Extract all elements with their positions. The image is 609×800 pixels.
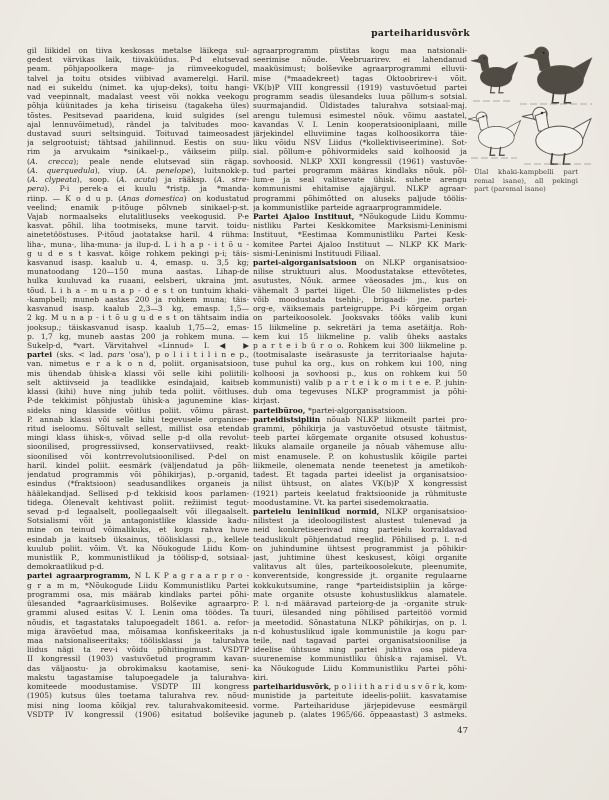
text-line: Instituut, *Eestimaa Kommunistliku Parte…	[253, 230, 467, 239]
text-line: Sotsialismi võit ja antagonistlike klass…	[27, 516, 249, 525]
text-line: miga äravõetud maa, mõisamaa konfiskeeri…	[27, 627, 249, 636]
text-line: programmi osa, mis määrab kindlaks parte…	[27, 590, 249, 599]
text-line: likuks alamaile organeile ja nõuab vähem…	[253, 442, 467, 451]
text-line: (A. clypeata), soop. (A. acuta) ja rääks…	[27, 175, 249, 184]
text-line: tuuri, ülesanded ning põhilised parteitö…	[253, 608, 467, 617]
pekin-pair	[468, 107, 594, 164]
text-line: ka Nõukogude Liidu Kommunistliku Partei …	[253, 664, 467, 673]
text-line: sideks ning klasside võitlus poliit. või…	[27, 406, 249, 415]
text-line: tud partei programm määras kindlaks nõuk…	[253, 166, 467, 175]
duck-figure	[524, 47, 592, 103]
running-head: parteiharidusvõrk	[371, 28, 470, 39]
ground-line	[473, 101, 592, 104]
text-line: programmi põhimõtted on aluseks paljude …	[253, 194, 467, 203]
text-line: ajal lennuvõimetud), rändel ja talvitude…	[27, 120, 249, 129]
text-line: jaguneb p. (alates 1965/66. õppeaastast)…	[253, 710, 467, 719]
text-line: kolhoosi ja sovhoosi p., kus on rohkem k…	[253, 369, 467, 378]
figure-caption: Ülal khaki-kampbelli part (pa-remal isan…	[474, 168, 578, 194]
text-line: talvel ja toitu otsides viibivad avamere…	[27, 74, 249, 83]
text-line: on juhindumine ühtsest programmist ja põ…	[253, 544, 467, 553]
text-line: liikmeile, olenemata nende teenetest ja …	[253, 461, 467, 470]
text-line: (1921) parteis keelatud fraktsioonide ja…	[253, 489, 467, 498]
text-line: tadest. Et tagada partei ideelist ja org…	[253, 470, 467, 479]
text-line: gedest värvikas laik, tiivaküüdus. P-d e…	[27, 55, 249, 64]
text-line: kasvat. põhil. liha tootmiseks, mune tar…	[27, 221, 249, 230]
text-line: n-d kohustuslikud igale kommunistile ja …	[253, 627, 467, 636]
text-line: nõudis, et tagastataks talupoegadelt 186…	[27, 618, 249, 627]
text-line: ülesanded *agraarküsimuses. Bolševike ag…	[27, 599, 249, 608]
text-line: rim ja arvukaim *sinikael-p., väikseim p…	[27, 147, 249, 156]
text-line: nilist ühtsust, on alates VK(b)P X kongr…	[253, 479, 467, 488]
text-line: võib moodustada tsehhi-, brigaadi- jne. …	[253, 295, 467, 304]
text-line: mis ühendab ühisk-a klassi või selle kih…	[27, 369, 249, 378]
text-line: häälekandjad. Sellised p-d tekkisid koos…	[27, 489, 249, 498]
text-line: partei-algorganisatsioon on NLKP organis…	[253, 258, 467, 267]
text-line: dub oma tegevuses NLKP programmist ja põ…	[253, 387, 467, 396]
text-line: P. annab klassi või selle kihi tegevusel…	[27, 415, 249, 424]
text-line: haril. kindel poliit. eesmärk (väljendat…	[27, 461, 249, 470]
text-line: maa natsionaliseeritaks; töölisklassi ja…	[27, 636, 249, 645]
text-line: seerimise nõude. Veebruarirev. ei lahend…	[253, 55, 467, 64]
text-line: gil liikidel on tiiva keskosas metalse l…	[27, 46, 249, 55]
text-line: jendatud programmis või põhikirjas), p.-…	[27, 470, 249, 479]
text-line: kirjast.	[253, 396, 467, 405]
text-line: ja selgrootuist; tähtsad jahilinnud. Ees…	[27, 138, 249, 147]
text-line: konverentside, kongresside jt. organite …	[253, 571, 467, 580]
text-line: demokraatlikud p-d.	[27, 562, 249, 571]
encyclopedia-page: parteiharidusvõrk gil liikidel on tiiva …	[0, 0, 609, 800]
duck-figure	[522, 107, 591, 164]
text-line: grammi alused esitas V. I. Lenin oma töö…	[27, 608, 249, 617]
text-line: partei agraarprogramm, N L K P a g r a a…	[27, 571, 249, 580]
text-line: ja kommunistlike parteide agraarprogramm…	[253, 203, 467, 212]
text-line: vad veepinnalt, madalast veest või nokka…	[27, 92, 249, 101]
text-line: arengu tulemusi esimestel nõuk. võimu aa…	[253, 111, 467, 120]
text-line: ideelise ühtsuse ning partei juhtiva osa…	[253, 645, 467, 654]
text-line: Sukelp-d, *vart. Värvitahvel «Linnud» I.…	[27, 341, 249, 350]
text-line: maaküsimust; bolševike agraarprogrammi e…	[253, 64, 467, 73]
text-line: van. nimetus e r a k o n d, poliit. orga…	[27, 359, 249, 368]
text-line: p. 1,7 kg, muneb aastas 200 ja rohkem mu…	[27, 332, 249, 341]
text-line: asutustes, Nõuk. armee väeosades jm., ku…	[253, 276, 467, 285]
text-line: ja meetodid. Sõnastatuna NLKP põhikirjas…	[253, 618, 467, 627]
text-line: parteidistsipliin nõuab NLKP liikmeilt p…	[253, 415, 467, 424]
text-line: moodustamine. Vt. ka partei sisedemokraa…	[253, 498, 467, 507]
text-line: suurmajandid. Üldistades talurahva sotsi…	[253, 101, 467, 110]
text-line: sioonilised, progressiivsed, konservatii…	[27, 442, 249, 451]
text-line: kommunisti) valib p a r t e i k o m i t …	[253, 378, 467, 387]
page-number: 47	[457, 726, 468, 736]
text-line: sial. põllum-e põhivormideks said kolhoo…	[253, 147, 467, 156]
text-line: komiteede moodustamise. VSDTP III kongre…	[27, 682, 249, 691]
text-line: tuse puhul ka org., kus on rohkem kui 10…	[253, 359, 467, 368]
duck-figure	[471, 55, 518, 93]
text-line: liidus nägi ta rev-i võidu põhitingimust…	[27, 645, 249, 654]
text-line: esindus (*fraktsioon) seadusandlikes org…	[27, 479, 249, 488]
text-line: tidega. Olenevalt kehtivast poliit. reži…	[27, 498, 249, 507]
text-line: kiri.	[253, 673, 467, 682]
ground-line	[471, 158, 594, 164]
text-line: remal isane), all pekingi	[474, 177, 578, 186]
text-line: VSDTP IV kongressil (1906) esitatud bolš…	[27, 710, 249, 719]
text-line: peam. põhjapoolkera mage- ja riimveekogu…	[27, 64, 249, 73]
text-line: misi ning looma kõikjal rev. talurahvako…	[27, 701, 249, 710]
text-line: -kampbell; muneb aastas 200 ja rohkem mu…	[27, 295, 249, 304]
text-line: Ülal khaki-kampbelli part (pa-	[474, 168, 578, 177]
text-line: vorme. Parteihariduse järjepidevuse eesm…	[253, 701, 467, 710]
text-line: parteiharidusvõrk, p o l i i t h a r i d…	[253, 682, 467, 691]
text-line: g u d e s t kasvat. kõige rohkem pekingi…	[27, 249, 249, 258]
text-line: sioonilised või kontrrevolutsioonilised.…	[27, 452, 249, 461]
text-line: järjekindel elluviimine tagas kolhoosiko…	[253, 129, 467, 138]
text-line: P. l. n-d määravad parteiorg-de ja -orga…	[253, 599, 467, 608]
text-line: 15 liikmeline p. sekretäri ja tema asetä…	[253, 323, 467, 332]
text-line: munistide ja parteitute ideelis-poliit. …	[253, 691, 467, 700]
text-line: munatoodang 120—150 muna aastas. Lihap-d…	[27, 267, 249, 276]
text-line: grammi, põhikirja ja vastuvõetud otsuste…	[253, 424, 467, 433]
text-line: tõstes. Pesitsevad paaridena, kuid sulgi…	[27, 111, 249, 120]
text-line: liha-, muna-, liha-muna- ja ilup-d. L i …	[27, 240, 249, 249]
text-line: põhja küünitades ja keha tiriseisu (taga…	[27, 101, 249, 110]
text-line: teile, nad tagavad partei organisatsioon…	[253, 636, 467, 645]
text-line: esindab ja kaitseb üksainus, töölisklass…	[27, 535, 249, 544]
text-line: nilise struktuuri alus. Moodustatakse et…	[253, 267, 467, 276]
text-line: (tootmisalaste iseärasuste ja territoria…	[253, 350, 467, 359]
text-line: lum-e ja seal valitsevate ühisk. suhete …	[253, 175, 467, 184]
text-line: sismi-Leninismi Instituudi Filiaal.	[253, 249, 467, 258]
text-line: munistlik P., kommunistlikud ja töölisp-…	[27, 553, 249, 562]
text-line: ritud iseloomu. Sõltuvalt sellest, milli…	[27, 424, 249, 433]
text-line: suurenemise kommunistliku ühisk-a rajami…	[253, 654, 467, 663]
text-line: mine on teinud võimalikuks, et kogu rahv…	[27, 525, 249, 534]
text-line: (A. querquedula), viup. (A. penelope), l…	[27, 166, 249, 175]
text-line: nistliku Partei Keskkomitee Marksismi-Le…	[253, 221, 467, 230]
text-line: VK(b)P VIII kongressil (1919) vastuvõetu…	[253, 83, 467, 92]
text-line: komitee Partei Ajaloo Instituut — NLKP K…	[253, 240, 467, 249]
text-line: agraarprogramm püstitas kogu maa natsion…	[253, 46, 467, 55]
text-line: das väljaostu- ja obrokimaksu kaotamise,…	[27, 664, 249, 673]
text-line: on parteikoosolek. Jooksvaks tööks valib…	[253, 313, 467, 322]
text-line: mingi klass ühisk-s, võivad selle p-d ol…	[27, 433, 249, 442]
text-line: liku võidu NSV Liidus (*kollektiviseerim…	[253, 138, 467, 147]
text-line: jast, juhtimine ühest keskusest, kõigi o…	[253, 553, 467, 562]
text-line: pera). P-i perek-a ei kuulu *ristp. ja *…	[27, 184, 249, 193]
text-line: Vajab normaalseks elutalitluseks veekogu…	[27, 212, 249, 221]
right-column: agraarprogramm püstitas kogu maa natsion…	[253, 46, 467, 719]
text-line: dustavad suuri seltsinguid. Toituvad tai…	[27, 129, 249, 138]
text-line: veelind; enamik p-itõuge põlvneb sinikae…	[27, 203, 249, 212]
ducks-illustration	[468, 42, 600, 166]
text-line: g r a m m, *Nõukogude Liidu Kommunistlik…	[27, 581, 249, 590]
text-line: neid konkretiseerivad ning parteielu kor…	[253, 525, 467, 534]
text-line: kokkukutsumine, range *parteidistsipliin…	[253, 581, 467, 590]
text-line: parteibüroo, *partei-algorganisatsioon.	[253, 406, 467, 415]
text-line: tõud. L i h a - m u n a p - d e s t on t…	[27, 286, 249, 295]
text-line: ainetetööstuses. P-itõud jaotatakse hari…	[27, 230, 249, 239]
text-line: kasvanud isasp. kaalub 2,3—3 kg, emasp. …	[27, 304, 249, 313]
text-line: kavandas V. I. Lenin kooperatsiooniplaan…	[253, 120, 467, 129]
left-column: gil liikidel on tiiva keskosas metalse l…	[27, 46, 249, 719]
text-line: P-de tekkimist põhjustab ühisk-a jagunem…	[27, 396, 249, 405]
text-line: (1905) kutsus üles toetama talurahva rev…	[27, 691, 249, 700]
text-line: mise (*maadekreet) tagas Oktoobrirev-i v…	[253, 74, 467, 83]
text-line: (A. crecca); peale nende elutsevad siin …	[27, 157, 249, 166]
text-line: mate organite otsuste kohustuslikkus ala…	[253, 590, 467, 599]
text-line: teeb partei kõrgemate organite otsused k…	[253, 433, 467, 442]
text-line: makstu tagastamise talupoegadele ja talu…	[27, 673, 249, 682]
text-line: partei (sks. < lad. pars 'osa'), p o l i…	[27, 350, 249, 359]
text-line: nad ei sukeldu (nimet. ka ujup-deks), to…	[27, 83, 249, 92]
text-line: riinp. — K o d u p. (Anas domestica) on …	[27, 194, 249, 203]
text-line: teaduslikult põhjendatud reeglid. Põhili…	[253, 535, 467, 544]
text-line: sovhoosid. NLKP XXII kongressil (1961) v…	[253, 157, 467, 166]
text-line: 2 kg. M u n a p - i t õ u g u d e s t on…	[27, 313, 249, 322]
text-line: parteielu leninlikud normid, NLKP organi…	[253, 507, 467, 516]
khaki-campbell-pair	[471, 47, 592, 104]
text-line: kem kui 15 liikmeline p. valib üheks aas…	[253, 332, 467, 341]
text-line: klassi (kihi) huve ning juhib teda polii…	[27, 387, 249, 396]
text-line: kuulub poliit. võim. Vt. ka Nõukogude Li…	[27, 544, 249, 553]
text-line: hulka kuuluvad ka ruaani, eelsberi, ukra…	[27, 276, 249, 285]
text-line: part (paremal isane)	[474, 185, 578, 194]
text-line: selt aktiivseid ja teadlikke esindajaid,…	[27, 378, 249, 387]
text-line: vähemalt 3 partei liiget. Üle 50 liikmel…	[253, 286, 467, 295]
text-line: org-e, väiksemais parteigruppe. P-i kõrg…	[253, 304, 467, 313]
text-line: Partei Ajaloo Instituut, *Nõukogude Liid…	[253, 212, 467, 221]
text-line: mist enamusele. P. on kohustuslik kõigil…	[253, 452, 467, 461]
text-line: p a r t e i b ü r o o. Rohkem kui 300 li…	[253, 341, 467, 350]
text-line: programm seadis ülesandeks luua põllum-s…	[253, 92, 467, 101]
text-line: valitavus alt üles, parteikoosolekute, p…	[253, 562, 467, 571]
text-line: II kongressil (1903) vastuvõetud program…	[27, 654, 249, 663]
text-line: jooksup.; täiskasvanud isasp. kaalub 1,7…	[27, 323, 249, 332]
text-line: kommunismi ehitamise ajajärgul. NLKP agr…	[253, 184, 467, 193]
text-line: sevad p-d legaalselt, poollegaalselt või…	[27, 507, 249, 516]
text-line: nilistest ja ideoloogilistest alustest t…	[253, 516, 467, 525]
duck-figure	[468, 112, 521, 155]
text-line: kasvanud isasp. kaalub u. 4, emasp. u. 3…	[27, 258, 249, 267]
